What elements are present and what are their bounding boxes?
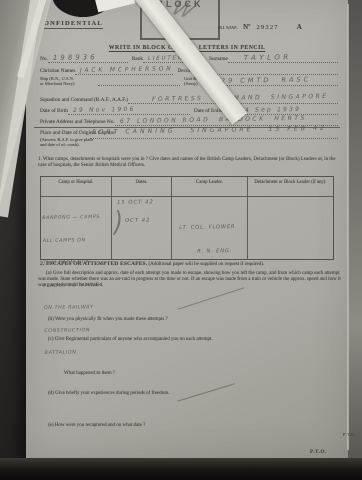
mi9-ref-label: M.I. 9/JAP. (218, 25, 237, 30)
question-1-text: 1. What camps, detachments or hospitals … (38, 157, 340, 169)
dob-field-line: 29 Nov 1906 (68, 105, 190, 115)
surname-value: TAYLOR (244, 53, 292, 62)
enlistment-value: 14 Sep 1939 (239, 106, 301, 114)
question-2-heading-note: (Additional paper will be supplied on re… (147, 262, 264, 267)
question-2d-text: (d) Give briefly your experiences during… (48, 391, 169, 397)
camp-line: BANPONG — CAMPS (42, 214, 100, 223)
address-label: Private Address and Telephone No. (40, 119, 115, 126)
field-row-dates: Date of Birth 29 Nov 1906 Date of Enlist… (40, 105, 338, 115)
unit-field-line: 29 CMTD RASC (216, 76, 338, 86)
question-2c-followup-text: What happened to them ? (64, 371, 115, 377)
ship-field-line (98, 76, 180, 86)
rank-label: Rank (132, 56, 143, 63)
question-2-heading-main: 2. ESCAPES OR ATTEMPTED ESCAPES. (40, 261, 147, 267)
leader-line: LT. COL. FLOWER (179, 223, 235, 232)
photo-bottom-shadow (0, 458, 362, 480)
ship-label-line2: or Merchant Navy) (40, 81, 98, 86)
table-header-dates: Dates. (112, 177, 172, 197)
no-label: No. (40, 56, 48, 63)
reference-number-row: M.I. 9/JAP. Nº 29327 A (218, 23, 302, 31)
paper-sheet: BLOCK Nº A. W CONFIDENTIAL M.I. 9/JAP. N… (26, 0, 350, 462)
pto-label: P.T.O. (310, 450, 327, 455)
question-2-heading: 2. ESCAPES OR ATTEMPTED ESCAPES. (Additi… (40, 261, 264, 267)
table-header-leader: Camp Leader. (172, 177, 248, 197)
table-cell-detachment (248, 197, 333, 259)
capture-field-line (90, 130, 338, 139)
dates-line2: OCT 42 (125, 218, 151, 224)
question-2a-text: (a) Give full description and approx. da… (38, 271, 342, 290)
camp-table: Camp or Hospital. Dates. Camp Leader. De… (40, 176, 334, 260)
table-header-detachment: Detachment or Block Leader (if any). (248, 177, 333, 197)
paper-crease (177, 383, 235, 401)
christian-names-value: JACK MCPHERSON (80, 65, 174, 74)
camp-line: ALL CAMPS ON (43, 237, 101, 246)
ship-label-block: Ship (R.N., U.S.N. or Merchant Navy) (40, 76, 98, 86)
ref-no-label: Nº (243, 23, 250, 31)
question-2b-text: (b) Were you physically fit when you mad… (48, 317, 168, 323)
field-row-squadron: Squadron and Command (R.A.F., A.A.F.) FO… (40, 94, 338, 104)
table-cell-camp: BANPONG — CAMPS ALL CAMPS ON THAI FROM N… (41, 197, 112, 259)
no-field-line: 198936 (48, 53, 128, 63)
camp-line: ON THE RAILWAY (44, 304, 102, 313)
leader-line: R. N. ENG. (194, 247, 236, 256)
dob-label: Date of Birth (40, 108, 68, 115)
question-2c-text: (c) Give Regimental particulars of anyon… (48, 337, 213, 343)
table-header-camp: Camp or Hospital. (41, 177, 112, 197)
question-2e-text: (e) How were you recaptured and on what … (48, 423, 145, 429)
photo-right-margin (348, 0, 362, 480)
dates-brace-mark: ) (114, 205, 123, 238)
no-value: 198936 (53, 53, 98, 62)
ref-letter: A (297, 23, 302, 31)
surname-field-line: TAYLOR (228, 53, 338, 63)
christian-names-field-line: JACK MCPHERSON (75, 65, 173, 75)
squadron-label: Squadron and Command (R.A.F., A.A.F.) (40, 97, 128, 104)
christian-names-label: Christian Names (40, 68, 75, 75)
enlistment-field-line: 14 Sep 1939 (234, 105, 338, 115)
confidential-label: CONFIDENTIAL (38, 20, 103, 29)
address-value: 67 LONDON ROAD BALDOCK HERTS (120, 115, 307, 125)
capture-note-line2: and date of a/c crash). (40, 142, 130, 147)
table-cell-dates: 15 OCT 42 ) OCT 42 (112, 197, 172, 259)
squadron-value: FORTRESS COMMAND SINGAPORE (152, 93, 329, 103)
field-row-ship: Ship (R.N., U.S.N. or Merchant Navy) (40, 76, 180, 86)
paper-crease (178, 287, 245, 310)
surname-label: Surname (209, 56, 228, 63)
paper-right-edge (347, 4, 349, 450)
decorations-field-line (203, 65, 338, 75)
unit-value: 29 CMTD RASC (221, 76, 311, 86)
pto-edge-label: P.T.O (343, 432, 355, 437)
camp-line: CONSTRUCTION (44, 326, 102, 335)
table-cell-leader: LT. COL. FLOWER R. N. ENG. (172, 197, 248, 259)
camp-line: BATTALION. (45, 349, 103, 358)
ref-number: 29327 (256, 24, 278, 31)
dob-value: 29 Nov 1906 (73, 106, 136, 114)
